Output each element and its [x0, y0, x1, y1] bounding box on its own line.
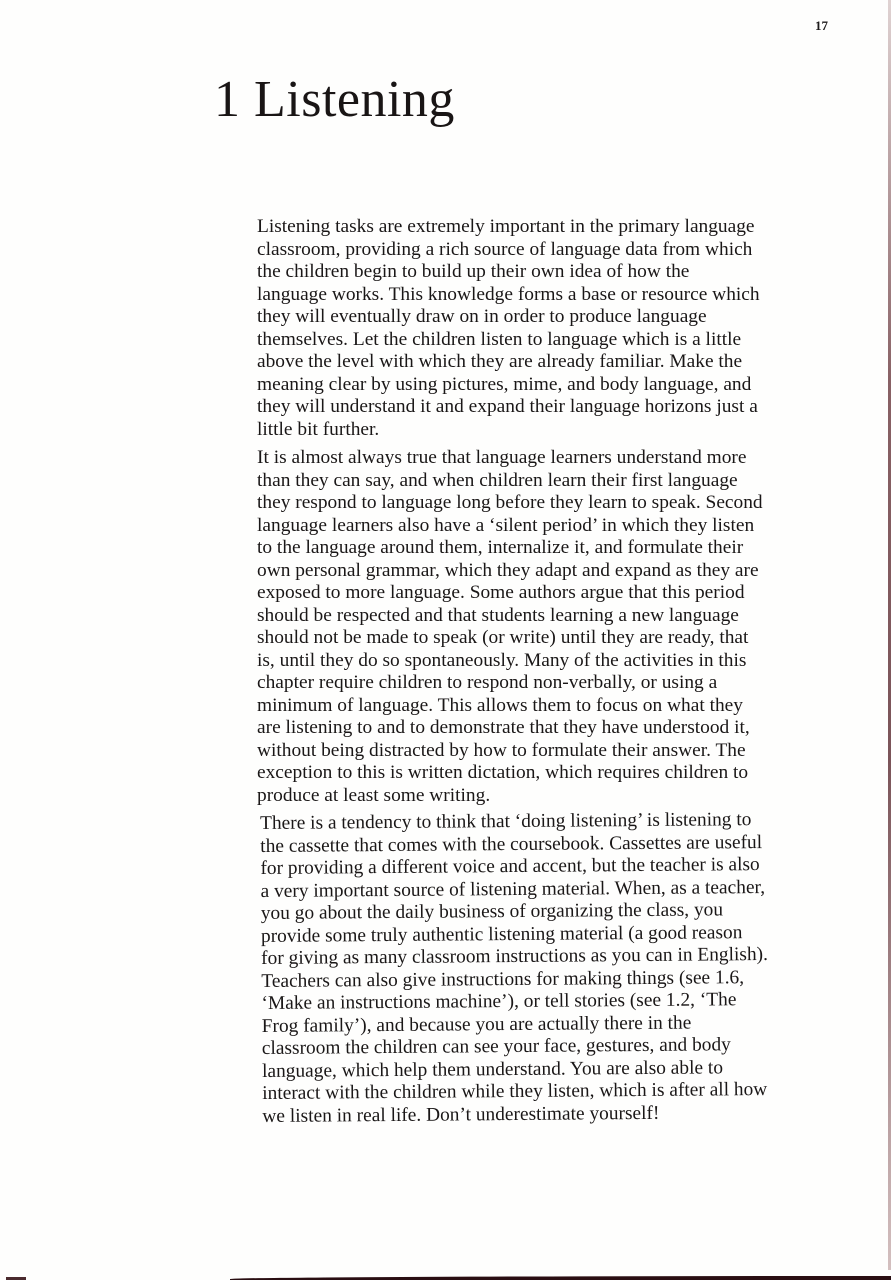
text-line: above the level with which they are alre… [257, 351, 857, 374]
text-line: should not be made to speak (or write) u… [257, 627, 857, 650]
text-line: minimum of language. This allows them to… [257, 695, 857, 718]
paragraph-2: It is almost always true that language l… [257, 447, 857, 807]
page-edge-bottom [230, 1276, 891, 1280]
text-line: language learners also have a ‘silent pe… [257, 515, 857, 538]
body-text: Listening tasks are extremely important … [257, 216, 857, 1128]
paragraph-1: Listening tasks are extremely important … [257, 216, 857, 441]
text-line: own personal grammar, which they adapt a… [257, 560, 857, 583]
text-line: produce at least some writing. [257, 785, 857, 808]
text-line: are listening to and to demonstrate that… [257, 717, 857, 740]
text-line: they respond to language long before the… [257, 492, 857, 515]
text-line: should be respected and that students le… [257, 605, 857, 628]
text-line: Listening tasks are extremely important … [257, 216, 857, 239]
page-number: 17 [815, 18, 828, 34]
text-line: It is almost always true that language l… [257, 447, 857, 470]
text-line: themselves. Let the children listen to l… [257, 329, 857, 352]
text-line: to the language around them, internalize… [257, 537, 857, 560]
chapter-title: 1 Listening [214, 70, 455, 130]
text-line: meaning clear by using pictures, mime, a… [257, 374, 857, 397]
text-line: classroom, providing a rich source of la… [257, 239, 857, 262]
text-line: we listen in real life. Don’t underestim… [262, 1101, 859, 1128]
text-line: they will understand it and expand their… [257, 396, 857, 419]
text-line: language works. This knowledge forms a b… [257, 284, 857, 307]
text-line: exception to this is written dictation, … [257, 762, 857, 785]
text-line: the children begin to build up their own… [257, 261, 857, 284]
text-line: without being distracted by how to formu… [257, 740, 857, 763]
text-line: little bit further. [257, 419, 857, 442]
text-line: chapter require children to respond non-… [257, 672, 857, 695]
text-line: than they can say, and when children lea… [257, 470, 857, 493]
text-line: is, until they do so spontaneously. Many… [257, 650, 857, 673]
text-line: they will eventually draw on in order to… [257, 306, 857, 329]
paragraph-3: There is a tendency to think that ‘doing… [260, 808, 859, 1128]
text-line: exposed to more language. Some authors a… [257, 582, 857, 605]
